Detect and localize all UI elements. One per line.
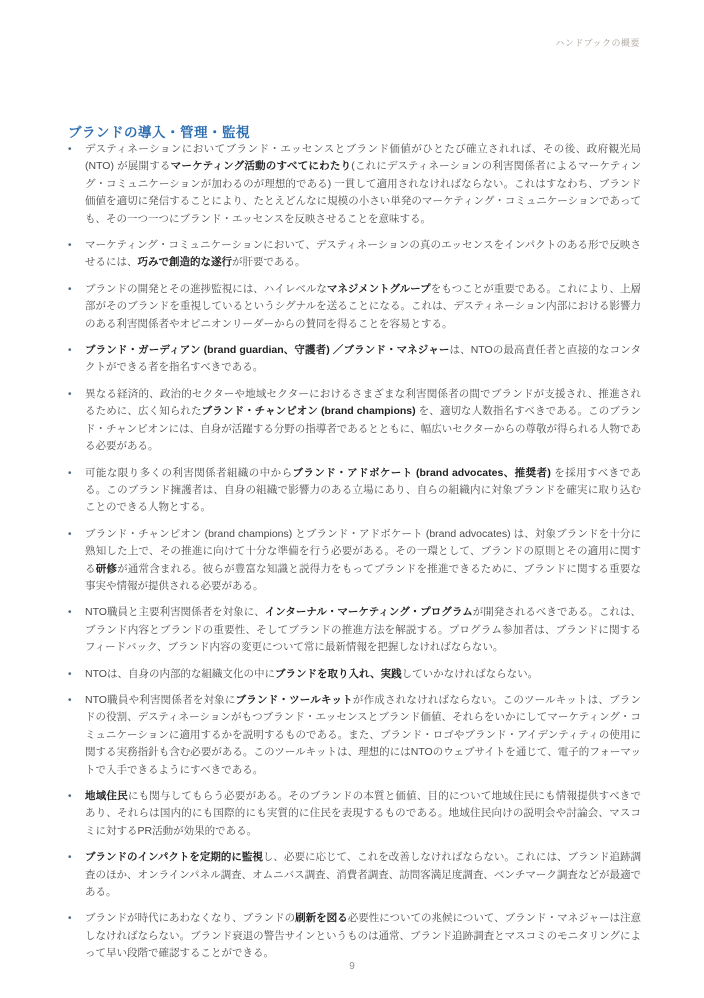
bullet-text-segment: にも関与してもらう必要がある。そのブランドの本質と価値、目的について地域住民にも… [85,790,641,837]
bullet-text: ブランドの開発とその進捗監視には、ハイレベルなマネジメントグループをもつことが重… [85,281,641,333]
bullet-text: ブランド・チャンピオン (brand champions) とブランド・アドボケ… [85,526,641,596]
list-item: •ブランド・ガーディアン (brand guardian、守護者) ／ブランド・… [68,342,641,377]
bullet-text-emphasis: ブランドのインパクトを定期的に監視 [85,851,263,863]
bullet-text-emphasis: マネジメントグループ [327,283,431,295]
bullet-text-segment: NTO職員や利害関係者を対象に [85,694,236,706]
bullet-text-segment: が作成されなければならない。このツールキットは、ブランドの役割、デスティネーショ… [85,694,641,776]
bullet-text-emphasis: ブランド・ツールキット [236,694,353,706]
bullet-icon: • [68,604,85,656]
bullet-text: NTO職員と主要利害関係者を対象に、インターナル・マーケティング・プログラムが開… [85,604,641,656]
bullet-text: 可能な限り多くの利害関係者組織の中からブランド・アドボケート (brand ad… [85,465,641,517]
bullet-text: NTOは、自身の内部的な組織文化の中にブランドを取り入れ、実践していかなければな… [85,666,641,683]
bullet-text-segment: 可能な限り多くの利害関係者組織の中から [85,467,293,479]
running-header: ハンドブックの概要 [555,36,640,49]
bullet-text: デスティネーションにおいてブランド・エッセンスとブランド価値がひとたび確立されれ… [85,141,641,228]
bullet-icon: • [68,386,85,456]
bullet-text-emphasis: ブランド・チャンピオン (brand champions) [202,405,416,417]
bullet-icon: • [68,141,85,228]
bullet-text-segment: が肝要である。 [232,256,306,268]
bullet-text-emphasis: 巧みで創造的な遂行 [138,256,233,268]
bullet-icon: • [68,849,85,901]
bullet-text-segment: NTO職員と主要利害関係者を対象に、 [85,606,265,618]
page-number: 9 [0,961,704,972]
list-item: •可能な限り多くの利害関係者組織の中からブランド・アドボケート (brand a… [68,465,641,517]
bullet-text-emphasis: 地域住民 [85,790,128,802]
bullet-text: ブランド・ガーディアン (brand guardian、守護者) ／ブランド・マ… [85,342,641,377]
bullet-text-segment: が通常含まれる。彼らが豊富な知識と説得力をもってブランドを推進できるために、ブラ… [85,563,641,592]
bullet-text: NTO職員や利害関係者を対象にブランド・ツールキットが作成されなければならない。… [85,692,641,779]
bullet-text-emphasis: 刷新を図る [295,912,348,924]
list-item: •マーケティング・コミュニケーションにおいて、デスティネーションの真のエッセンス… [68,237,641,272]
list-item: •ブランド・チャンピオン (brand champions) とブランド・アドボ… [68,526,641,596]
list-item: •ブランドが時代にあわなくなり、ブランドの刷新を図る必要性についての兆候について… [68,910,641,962]
list-item: •異なる経済的、政治的セクターや地域セクターにおけるさまざまな利害関係者の間でブ… [68,386,641,456]
list-item: •デスティネーションにおいてブランド・エッセンスとブランド価値がひとたび確立され… [68,141,641,228]
bullet-text-segment: ブランドが時代にあわなくなり、ブランドの [85,912,295,924]
bullet-list: •デスティネーションにおいてブランド・エッセンスとブランド価値がひとたび確立され… [68,141,641,972]
bullet-text-segment: ブランドの開発とその進捗監視には、ハイレベルな [85,283,327,295]
bullet-icon: • [68,788,85,840]
bullet-icon: • [68,237,85,272]
bullet-text: 異なる経済的、政治的セクターや地域セクターにおけるさまざまな利害関係者の間でブラ… [85,386,641,456]
bullet-icon: • [68,666,85,683]
bullet-icon: • [68,342,85,377]
bullet-text-emphasis: インターナル・マーケティング・プログラム [265,606,473,618]
bullet-text-emphasis: 研修 [96,563,117,575]
list-item: •ブランドのインパクトを定期的に監視し、必要に応じて、これを改善しなければならな… [68,849,641,901]
bullet-text: ブランドのインパクトを定期的に監視し、必要に応じて、これを改善しなければならない… [85,849,641,901]
section-title: ブランドの導入・管理・監視 [68,121,250,141]
bullet-text-emphasis: ブランド・ガーディアン (brand guardian、守護者) ／ブランド・マ… [85,344,449,356]
bullet-icon: • [68,526,85,596]
bullet-text-segment: NTOは、自身の内部的な組織文化の中に [85,668,275,680]
bullet-text: マーケティング・コミュニケーションにおいて、デスティネーションの真のエッセンスを… [85,237,641,272]
bullet-text: ブランドが時代にあわなくなり、ブランドの刷新を図る必要性についての兆候について、… [85,910,641,962]
bullet-icon: • [68,692,85,779]
bullet-text-emphasis: ブランド・アドボケート (brand advocates、推奨者) [293,467,551,479]
bullet-text-emphasis: ブランドを取り入れ、実践 [275,668,402,680]
bullet-text: 地域住民にも関与してもらう必要がある。そのブランドの本質と価値、目的について地域… [85,788,641,840]
bullet-text-emphasis: マーケティング活動のすべてにわたり [171,160,352,172]
bullet-icon: • [68,281,85,333]
bullet-icon: • [68,910,85,962]
bullet-text-segment: していかなければならない。 [402,668,539,680]
list-item: •NTOは、自身の内部的な組織文化の中にブランドを取り入れ、実践していかなければ… [68,666,641,683]
bullet-icon: • [68,465,85,517]
list-item: •ブランドの開発とその進捗監視には、ハイレベルなマネジメントグループをもつことが… [68,281,641,333]
document-page: ハンドブックの概要 ブランドの導入・管理・監視 •デスティネーションにおいてブラ… [0,0,704,998]
list-item: •NTO職員と主要利害関係者を対象に、インターナル・マーケティング・プログラムが… [68,604,641,656]
list-item: •NTO職員や利害関係者を対象にブランド・ツールキットが作成されなければならない… [68,692,641,779]
list-item: •地域住民にも関与してもらう必要がある。そのブランドの本質と価値、目的について地… [68,788,641,840]
